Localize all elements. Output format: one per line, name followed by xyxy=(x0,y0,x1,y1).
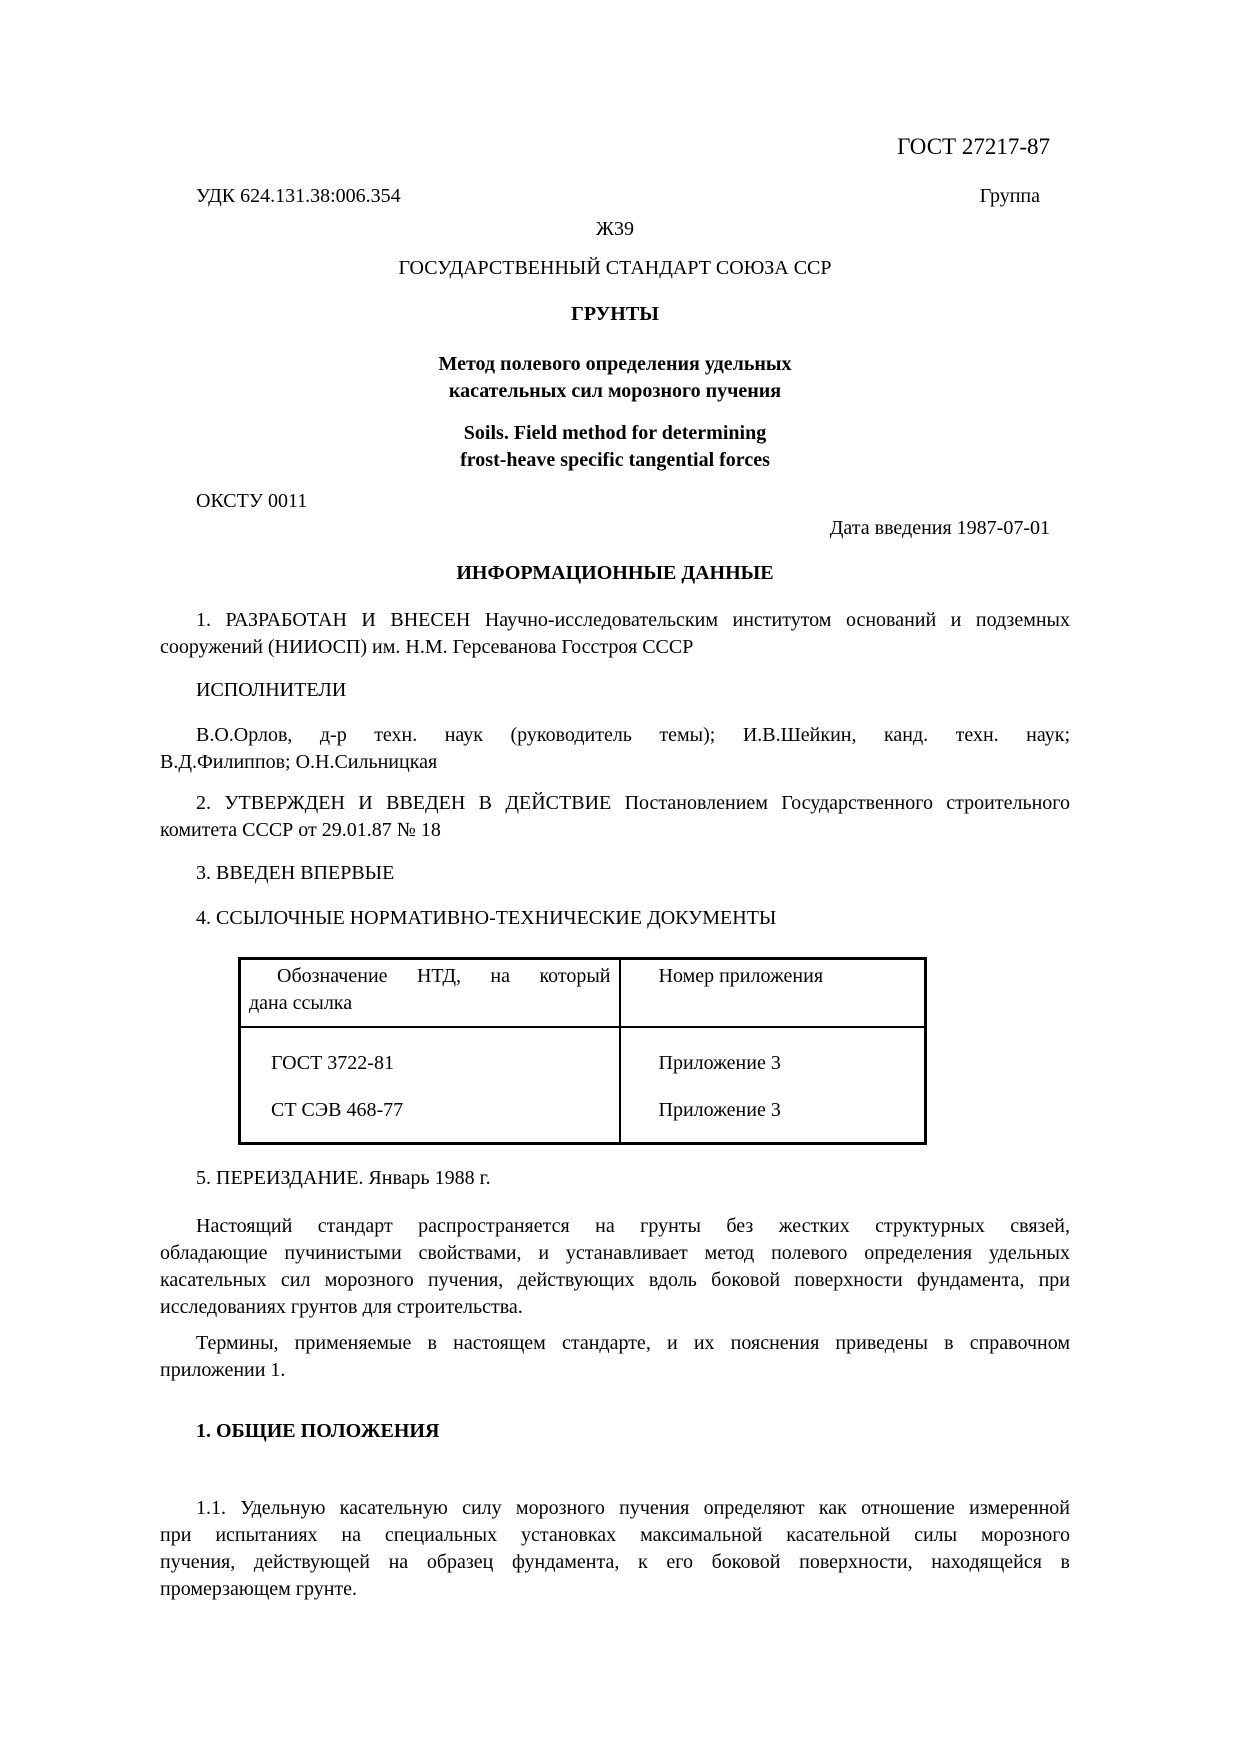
text-line: Номер приложения xyxy=(621,960,925,990)
table-header-row: Обозначение НТД, на который дана ссылка … xyxy=(240,959,926,1028)
text-line: Soils. Field method for determining xyxy=(160,420,1070,447)
text-line: 1.1. Удельную касательную силу морозного… xyxy=(160,1495,1070,1522)
subject-title: ГРУНТЫ xyxy=(160,301,1070,328)
effective-date: Дата введения 1987-07-01 xyxy=(160,515,1070,542)
paragraph-1-1: 1.1. Удельную касательную силу морозного… xyxy=(160,1495,1070,1603)
paragraph-scope: Настоящий стандарт распространяется на г… xyxy=(160,1213,1070,1321)
executors-label: ИСПОЛНИТЕЛИ xyxy=(160,677,1070,704)
group-code: Ж39 xyxy=(160,216,1070,243)
text-line: сооружений (НИИОСП) им. Н.М. Герсеванова… xyxy=(160,634,1070,661)
reference-table: Обозначение НТД, на который дана ссылка … xyxy=(238,957,927,1145)
text-line: пучения, действующей на образец фундамен… xyxy=(160,1549,1070,1576)
text-line: обладающие пучинистыми свойствами, и уст… xyxy=(160,1240,1070,1267)
title-ru: Метод полевого определения удельных каса… xyxy=(160,351,1070,405)
text-line: промерзающем грунте. xyxy=(160,1576,1070,1603)
section-1-heading: 1. ОБЩИЕ ПОЛОЖЕНИЯ xyxy=(160,1418,1070,1445)
text-line: дана ссылка xyxy=(249,990,611,1017)
table-cell-appendix: Приложение 3 Приложение 3 xyxy=(620,1027,926,1144)
text-line: Термины, применяемые в настоящем стандар… xyxy=(160,1330,1070,1357)
text-line: Метод полевого определения удельных xyxy=(160,351,1070,378)
standard-number: ГОСТ 27217-87 xyxy=(160,133,1070,160)
state-standard-title: ГОСУДАРСТВЕННЫЙ СТАНДАРТ СОЮЗА ССР xyxy=(160,255,1070,282)
okstu-code: ОКСТУ 0011 xyxy=(160,488,1070,515)
info-data-heading: ИНФОРМАЦИОННЫЕ ДАННЫЕ xyxy=(160,560,1070,587)
paragraph-terms: Термины, применяемые в настоящем стандар… xyxy=(160,1330,1070,1384)
ntd-row-1: ГОСТ 3722-81 xyxy=(241,1050,619,1077)
ntd-row-2: СТ СЭВ 468-77 xyxy=(241,1097,619,1124)
table-cell-ntd: ГОСТ 3722-81 СТ СЭВ 468-77 xyxy=(240,1027,620,1144)
table-body-row: ГОСТ 3722-81 СТ СЭВ 468-77 Приложение 3 … xyxy=(240,1027,926,1144)
text-line: комитета СССР от 29.01.87 № 18 xyxy=(160,817,1070,844)
text-line: приложении 1. xyxy=(160,1357,1070,1384)
table-header-cell-appendix: Номер приложения xyxy=(620,959,926,1028)
paragraph-developed: 1. РАЗРАБОТАН И ВНЕСЕН Научно-исследоват… xyxy=(160,607,1070,661)
gost-document-page: ГОСТ 27217-87 УДК 624.131.38:006.354 Гру… xyxy=(0,0,1240,1755)
text-line: при испытаниях на специальных установках… xyxy=(160,1522,1070,1549)
title-en: Soils. Field method for determining fros… xyxy=(160,420,1070,474)
text-line: В.Д.Филиппов; О.Н.Сильницкая xyxy=(160,749,1070,776)
text-line: В.О.Орлов, д-р техн. наук (руководитель … xyxy=(160,722,1070,749)
udk-code: УДК 624.131.38:006.354 xyxy=(196,183,401,210)
text-line: Обозначение НТД, на который xyxy=(249,963,611,990)
text-line: 1. РАЗРАБОТАН И ВНЕСЕН Научно-исследоват… xyxy=(160,607,1070,634)
text-line: 2. УТВЕРЖДЕН И ВВЕДЕН В ДЕЙСТВИЕ Постано… xyxy=(160,790,1070,817)
table-header-ntd-text: Обозначение НТД, на который дана ссылка xyxy=(241,960,619,1017)
paragraph-reissue: 5. ПЕРЕИЗДАНИЕ. Январь 1988 г. xyxy=(160,1165,1070,1192)
references-heading: 4. ССЫЛОЧНЫЕ НОРМАТИВНО-ТЕХНИЧЕСКИЕ ДОКУ… xyxy=(160,905,1070,932)
text-line: исследованиях грунтов для строительства. xyxy=(160,1294,1070,1321)
paragraph-first-introduced: 3. ВВЕДЕН ВПЕРВЫЕ xyxy=(160,860,1070,887)
text-line: касательных сил морозного пучения xyxy=(160,378,1070,405)
table-header-cell-ntd: Обозначение НТД, на который дана ссылка xyxy=(240,959,620,1028)
group-label: Группа xyxy=(980,183,1040,210)
appendix-row-2: Приложение 3 xyxy=(621,1097,925,1124)
appendix-row-1: Приложение 3 xyxy=(621,1050,925,1077)
paragraph-executors: В.О.Орлов, д-р техн. наук (руководитель … xyxy=(160,722,1070,776)
text-line: касательных сил морозного пучения, дейст… xyxy=(160,1267,1070,1294)
text-line: frost-heave specific tangential forces xyxy=(160,447,1070,474)
udk-group-row: УДК 624.131.38:006.354 Группа xyxy=(160,183,1070,210)
paragraph-approved: 2. УТВЕРЖДЕН И ВВЕДЕН В ДЕЙСТВИЕ Постано… xyxy=(160,790,1070,844)
text-line: Настоящий стандарт распространяется на г… xyxy=(160,1213,1070,1240)
